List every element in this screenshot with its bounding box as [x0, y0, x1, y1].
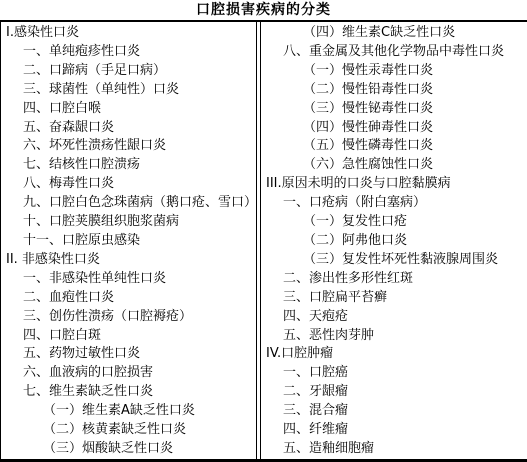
right-column: （四）维生素C缺乏性口炎八、重金属及其他化学物品中毒性口炎（一）慢性汞毒性口炎（… — [261, 22, 527, 459]
list-item: 三、球菌性（单纯性）口炎 — [1, 81, 256, 100]
list-item: 九、口腔白色念珠菌病（鹅口疮、雪口） — [1, 194, 256, 213]
list-item: 十、口腔荚膜组织胞浆菌病 — [1, 213, 256, 232]
document-page: 口腔损害疾病的分类 I.感染性口炎一、单纯疱疹性口炎二、口蹄病（手足口病）三、球… — [0, 0, 527, 462]
list-item: 二、牙龈瘤 — [261, 383, 527, 402]
list-item: 七、维生素缺乏性口炎 — [1, 383, 256, 402]
list-item: III.原因未明的口炎与口腔黏膜病 — [261, 175, 527, 194]
list-item: 一、口腔癌 — [261, 364, 527, 383]
list-item: 六、坏死性溃疡性龈口炎 — [1, 137, 256, 156]
list-item: 十一、口腔原虫感染 — [1, 232, 256, 251]
list-item: 八、重金属及其他化学物品中毒性口炎 — [261, 43, 527, 62]
list-item: （四）慢性砷毒性口炎 — [261, 119, 527, 138]
list-item: 八、梅毒性口炎 — [1, 175, 256, 194]
list-item: 二、渗出性多形性红斑 — [261, 270, 527, 289]
list-item: 五、恶性肉芽肿 — [261, 327, 527, 346]
list-item: 五、奋森龈口炎 — [1, 119, 256, 138]
list-item: （四）维生素C缺乏性口炎 — [261, 24, 527, 43]
list-item: 四、纤维瘤 — [261, 421, 527, 440]
list-item: （三）慢性铋毒性口炎 — [261, 100, 527, 119]
classification-table: I.感染性口炎一、单纯疱疹性口炎二、口蹄病（手足口病）三、球菌性（单纯性）口炎四… — [0, 20, 527, 462]
list-item: 一、单纯疱疹性口炎 — [1, 43, 256, 62]
list-item: （一）维生素A缺乏性口炎 — [1, 402, 256, 421]
list-item: 五、药物过敏性口炎 — [1, 345, 256, 364]
list-item: （二）核黄素缺乏性口炎 — [1, 421, 256, 440]
list-item: 五、造釉细胞瘤 — [261, 440, 527, 459]
list-item: 二、口蹄病（手足口病） — [1, 62, 256, 81]
list-item: （三）烟酸缺乏性口炎 — [1, 440, 256, 459]
list-item: 一、非感染性单纯性口炎 — [1, 270, 256, 289]
list-item: 三、口腔扁平苔癣 — [261, 289, 527, 308]
list-item: 七、结核性口腔溃疡 — [1, 156, 256, 175]
list-item: （五）慢性磷毒性口炎 — [261, 137, 527, 156]
list-item: （一）慢性汞毒性口炎 — [261, 62, 527, 81]
left-column: I.感染性口炎一、单纯疱疹性口炎二、口蹄病（手足口病）三、球菌性（单纯性）口炎四… — [1, 22, 256, 459]
list-item: I.感染性口炎 — [1, 24, 256, 43]
list-item: II. 非感染性口炎 — [1, 251, 256, 270]
list-item: 二、血疱性口炎 — [1, 289, 256, 308]
list-item: （六）急性腐蚀性口炎 — [261, 156, 527, 175]
page-title: 口腔损害疾病的分类 — [0, 0, 527, 20]
list-item: （三）复发性坏死性黏液腺周围炎 — [261, 251, 527, 270]
list-item: （二）慢性铅毒性口炎 — [261, 81, 527, 100]
list-item: 六、血液病的口腔损害 — [1, 364, 256, 383]
list-item: 一、口疮病（附白塞病） — [261, 194, 527, 213]
list-item: 三、混合瘤 — [261, 402, 527, 421]
list-item: IV.口腔肿瘤 — [261, 345, 527, 364]
list-item: 四、口腔白喉 — [1, 100, 256, 119]
list-item: 四、口腔白斑 — [1, 327, 256, 346]
list-item: 三、创伤性溃疡（口腔褥疮） — [1, 308, 256, 327]
list-item: （二）阿弗他口炎 — [261, 232, 527, 251]
list-item: （一）复发性口疮 — [261, 213, 527, 232]
list-item: 四、天疱疮 — [261, 308, 527, 327]
